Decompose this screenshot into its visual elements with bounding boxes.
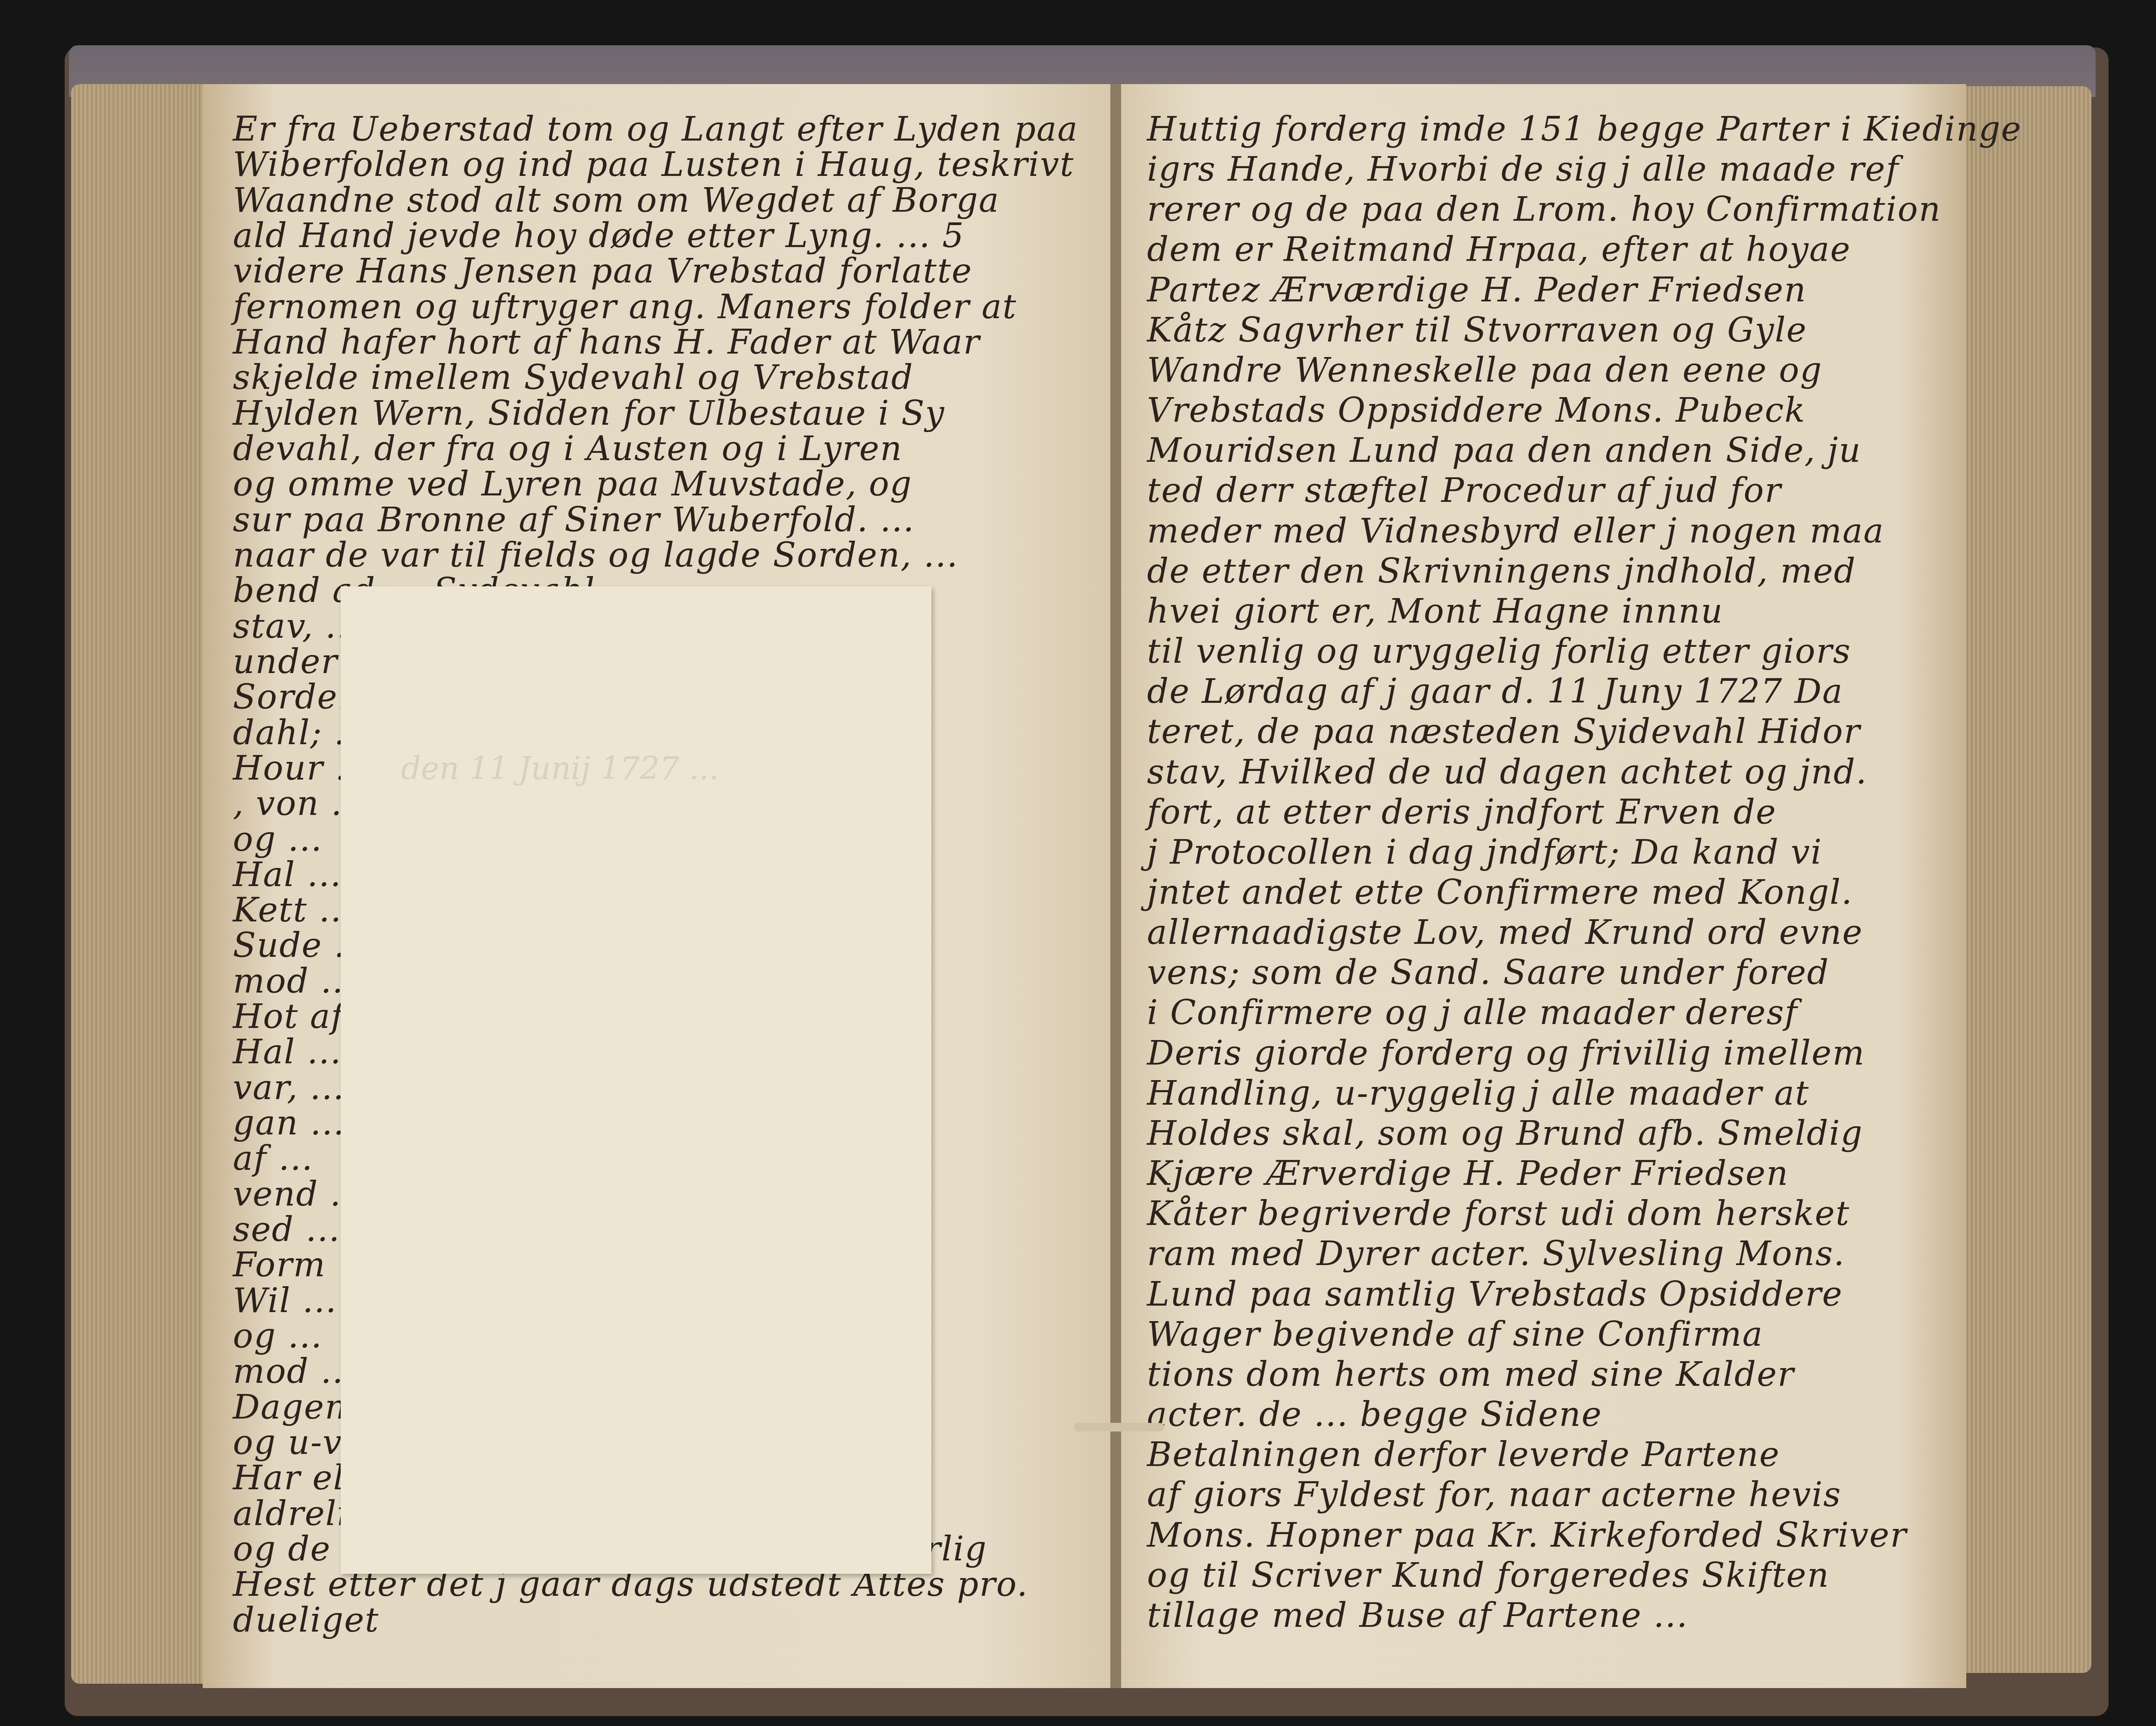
manuscript-line: til venlig og uryggelig forlig etter gio… <box>1147 632 1851 671</box>
manuscript-line: meder med Vidnesbyrd eller j nogen maa <box>1147 512 1884 551</box>
manuscript-line: devahl, der fra og i Austen og i Lyren <box>233 429 903 468</box>
manuscript-line: j Protocollen i dag jndført; Da kand vi <box>1147 833 1822 872</box>
page-edges-right <box>1962 86 2091 1673</box>
manuscript-line: dueliget <box>233 1601 379 1640</box>
manuscript-line: Kåter begriverde forst udi dom hersket <box>1147 1194 1850 1233</box>
manuscript-line: dem er Reitmand Hrpaa, efter at hoyae <box>1147 230 1851 269</box>
manuscript-line: Partez Ærværdige H. Peder Friedsen <box>1147 271 1807 310</box>
manuscript-line: ram med Dyrer acter. Sylvesling Mons. <box>1147 1234 1845 1273</box>
manuscript-line: og ... <box>233 820 323 859</box>
manuscript-line: tions dom herts om med sine Kalder <box>1147 1355 1795 1394</box>
manuscript-line: Holdes skal, som og Brund afb. Smeldig <box>1147 1114 1863 1153</box>
binding-thread <box>1074 1423 1164 1432</box>
manuscript-line: Hal ... <box>233 1033 342 1071</box>
manuscript-line: igrs Hande, Hvorbi de sig j alle maade r… <box>1147 150 1899 189</box>
manuscript-line: naar de var til fields og lagde Sorden, … <box>233 536 959 575</box>
page-edges-left <box>71 84 209 1684</box>
manuscript-line: Vrebstads Oppsiddere Mons. Pubeck <box>1147 391 1806 430</box>
manuscript-line: Huttig forderg imde 151 begge Parter i K… <box>1147 110 2022 149</box>
manuscript-line: og ... <box>233 1317 323 1356</box>
manuscript-line: acter. de ... begge Sidene <box>1147 1395 1602 1434</box>
manuscript-line: mod ... <box>233 1352 355 1391</box>
manuscript-line: var, ... <box>233 1068 345 1107</box>
manuscript-line: stav, Hvilked de ud dagen achtet og jnd. <box>1147 753 1868 792</box>
manuscript-line: jntet andet ette Confirmere med Kongl. <box>1147 873 1853 912</box>
manuscript-line: gan ... <box>233 1104 345 1143</box>
manuscript-line: ted derr stæftel Procedur af jud for <box>1147 471 1782 510</box>
manuscript-line: Wandre Wenneskelle paa den eene og <box>1147 351 1822 390</box>
manuscript-line: mod ... <box>233 962 355 1001</box>
manuscript-line: hvei giort er, Mont Hagne innnu <box>1147 592 1724 631</box>
manuscript-line: fernomen og uftryger ang. Maners folder … <box>233 288 1017 326</box>
manuscript-line: Wiberfolden og ind paa Lusten i Haug, te… <box>233 145 1074 184</box>
manuscript-line: teret, de paa næsteden Syidevahl Hidor <box>1147 712 1861 751</box>
manuscript-line: Handling, u-ryggelig j alle maader at <box>1147 1074 1809 1113</box>
slip-bleed-through-text: den 11 Junij 1727 ... <box>401 750 719 786</box>
manuscript-line: skjelde imellem Sydevahl og Vrebstad <box>233 358 914 397</box>
manuscript-line: tillage med Buse af Partene ... <box>1147 1596 1688 1635</box>
manuscript-line: Er fra Ueberstad tom og Langt efter Lyde… <box>233 110 1078 149</box>
manuscript-line: Mons. Hopner paa Kr. Kirkeforded Skriver <box>1147 1516 1907 1555</box>
manuscript-line: de Lørdag af j gaar d. 11 Juny 1727 Da <box>1147 672 1843 711</box>
manuscript-line: Hylden Wern, Sidden for Ulbestaue i Sy <box>233 394 945 433</box>
manuscript-line: Kett ... <box>233 891 354 930</box>
right-page: Huttig forderg imde 151 begge Parter i K… <box>1121 84 1966 1688</box>
manuscript-line: Kjære Ærverdige H. Peder Friedsen <box>1147 1154 1789 1193</box>
manuscript-line: Wil ... <box>233 1281 337 1320</box>
manuscript-line: sed ... <box>233 1210 340 1249</box>
manuscript-line: af giors Fyldest for, naar acterne hevis <box>1147 1475 1842 1514</box>
manuscript-line: og til Scriver Kund forgeredes Skiften <box>1147 1556 1830 1595</box>
manuscript-line: i Confirmere og j alle maader deresf <box>1147 993 1798 1032</box>
manuscript-line: af ... <box>233 1139 313 1178</box>
manuscript-line: Betalningen derfor leverde Partene <box>1147 1435 1780 1474</box>
manuscript-line: Mouridsen Lund paa den anden Side, ju <box>1147 431 1861 470</box>
manuscript-line: allernaadigste Lov, med Krund ord evne <box>1147 913 1863 952</box>
manuscript-line: Hand hafer hort af hans H. Fader at Waar <box>233 323 980 362</box>
manuscript-line: Waandne stod alt som om Wegdet af Borga <box>233 181 1000 220</box>
manuscript-line: fort, at etter deris jndfort Erven de <box>1147 793 1777 832</box>
manuscript-line: Lund paa samtlig Vrebstads Opsiddere <box>1147 1275 1843 1314</box>
manuscript-line: videre Hans Jensen paa Vrebstad forlatte <box>233 252 972 291</box>
manuscript-line: og omme ved Lyren paa Muvstade, og <box>233 465 912 504</box>
manuscript-line: Deris giorde forderg og frivillig imelle… <box>1147 1034 1865 1073</box>
manuscript-line: ald Hand jevde hoy døde etter Lyng. ... … <box>233 216 965 255</box>
manuscript-line: sur paa Bronne af Siner Wuberfold. ... <box>233 501 915 539</box>
manuscript-line: de etter den Skrivningens jndhold, med <box>1147 552 1856 591</box>
manuscript-line: Wager begivende af sine Confirma <box>1147 1315 1763 1354</box>
pasted-paper-slip: den 11 Junij 1727 ... <box>341 586 931 1574</box>
manuscript-line: vens; som de Sand. Saare under fored <box>1147 953 1829 992</box>
manuscript-line: Kåtz Sagvrher til Stvorraven og Gyle <box>1147 311 1807 350</box>
manuscript-line: rerer og de paa den Lrom. hoy Confirmati… <box>1147 190 1941 229</box>
